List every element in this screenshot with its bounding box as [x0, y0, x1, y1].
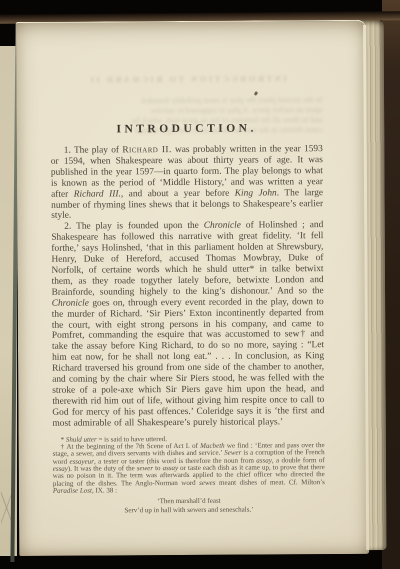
book-page: INTRODUCTION TO RICHARD II In the second… — [16, 20, 369, 556]
show-through-line: In the second place the play is most pro… — [52, 95, 322, 107]
verse-line-2: Serv’d up in hall with sewers and senesc… — [53, 505, 325, 515]
page-content: INTRODUCTION TO RICHARD II In the second… — [16, 21, 369, 556]
page-title: INTRODUCTION. — [51, 122, 323, 136]
show-through-header: INTRODUCTION TO RICHARD II — [52, 73, 322, 85]
ink-speck — [254, 91, 258, 96]
paragraph-1: 1. The play of Richard II. was probably … — [51, 144, 323, 222]
footnotes: * Shuld utter = is said to have uttered.… — [53, 435, 325, 495]
verse-quote: ‘Then marshall’d feast Serv’d up in hall… — [53, 496, 325, 514]
show-through-line: upon an earlier piece. A play is suppose… — [53, 105, 323, 117]
paragraph-2: 2. The play is founded upon the Chronicl… — [51, 220, 324, 429]
book-photo: INTRODUCTION TO RICHARD II In the second… — [0, 0, 400, 569]
footnote-dagger: † At the beginning of the 7th Scene of A… — [53, 442, 325, 495]
